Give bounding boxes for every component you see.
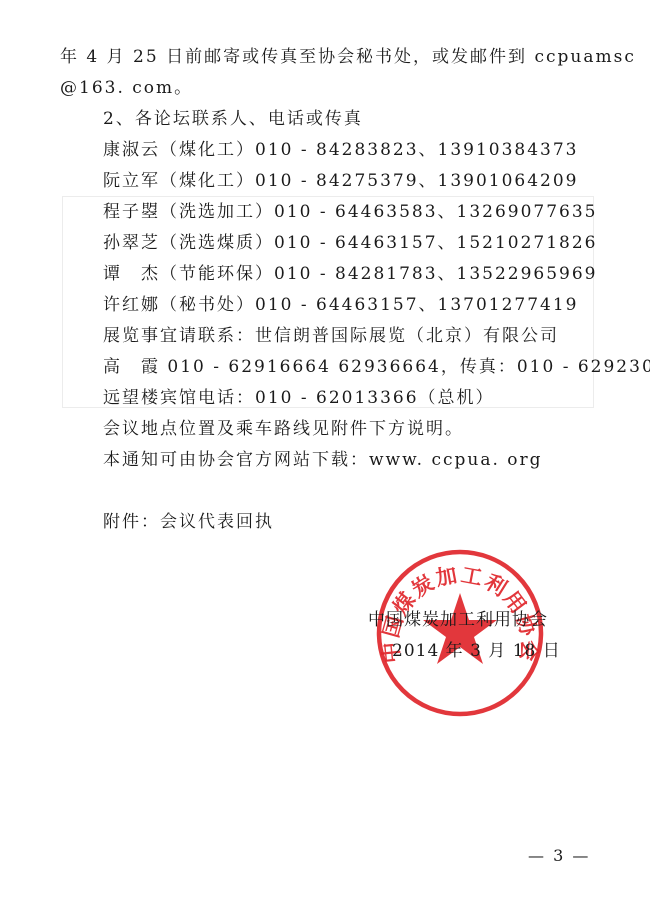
contact-line: 阮立军（煤化工）010 - 84275379、13901064209 (103, 170, 579, 192)
hotel-phone: 远望楼宾馆电话：010 - 62013366（总机） (103, 387, 495, 409)
contact-line: 孙翠芝（洗选煤质）010 - 64463157、15210271826 (103, 232, 598, 254)
official-seal: 中国煤炭加工利用协会 (375, 548, 545, 718)
attachment-label: 附件：会议代表回执 (103, 511, 274, 533)
exhibition-person: 高 霞 010 - 62916664 62936664，传真：010 - 629… (103, 356, 650, 378)
section-2-heading: 2、各论坛联系人、电话或传真 (103, 108, 363, 130)
contact-line: 谭 杰（节能环保）010 - 84281783、13522965969 (103, 263, 598, 285)
signature-organization: 中国煤炭加工利用协会 (368, 605, 548, 630)
paragraph-1-line-2: @163. com。 (60, 77, 193, 99)
page-number: — 3 — (528, 846, 590, 865)
contact-line: 许红娜（秘书处）010 - 64463157、13701277419 (103, 294, 579, 316)
paragraph-1-line-1: 年 4 月 25 日前邮寄或传真至协会秘书处，或发邮件到 ccpuamsc (60, 46, 636, 68)
location-note: 会议地点位置及乘车路线见附件下方说明。 (103, 418, 464, 440)
contact-line: 康淑云（煤化工）010 - 84283823、13910384373 (103, 139, 579, 161)
download-note: 本通知可由协会官方网站下载：www. ccpua. org (103, 449, 543, 471)
signature-date: 2014 年 3 月 18 日 (392, 636, 561, 661)
exhibition-contact: 展览事宜请联系：世信朗普国际展览（北京）有限公司 (103, 325, 559, 347)
contact-line: 程子曌（洗选加工）010 - 64463583、13269077635 (103, 201, 598, 223)
